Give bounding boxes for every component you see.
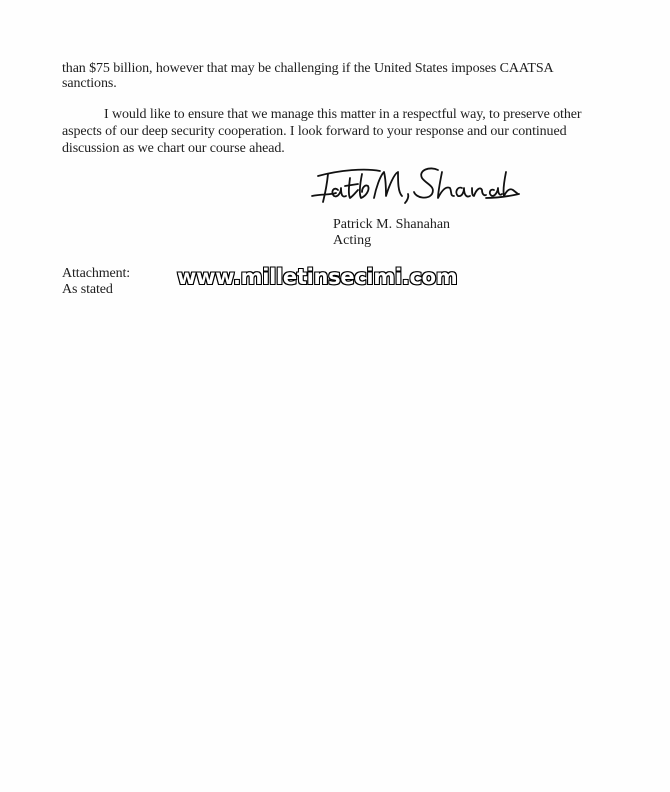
signatory-name: Patrick M. Shanahan <box>333 217 450 233</box>
closing-paragraph-line: I would like to ensure that we manage th… <box>104 106 581 123</box>
closing-paragraph-line: discussion as we chart our course ahead. <box>62 140 285 157</box>
letter-page: than $75 billion, however that may be ch… <box>0 0 670 792</box>
closing-paragraph-line: aspects of our deep security cooperation… <box>62 123 566 140</box>
watermark: www.milletinsecimi.com <box>177 265 457 289</box>
body-text-line: than $75 billion, however that may be ch… <box>62 60 554 77</box>
handwritten-signature <box>310 162 520 212</box>
attachment-label: Attachment: <box>62 265 130 282</box>
attachment-value: As stated <box>62 281 113 298</box>
body-text-line: sanctions. <box>62 75 117 92</box>
signatory-title: Acting <box>333 233 371 249</box>
